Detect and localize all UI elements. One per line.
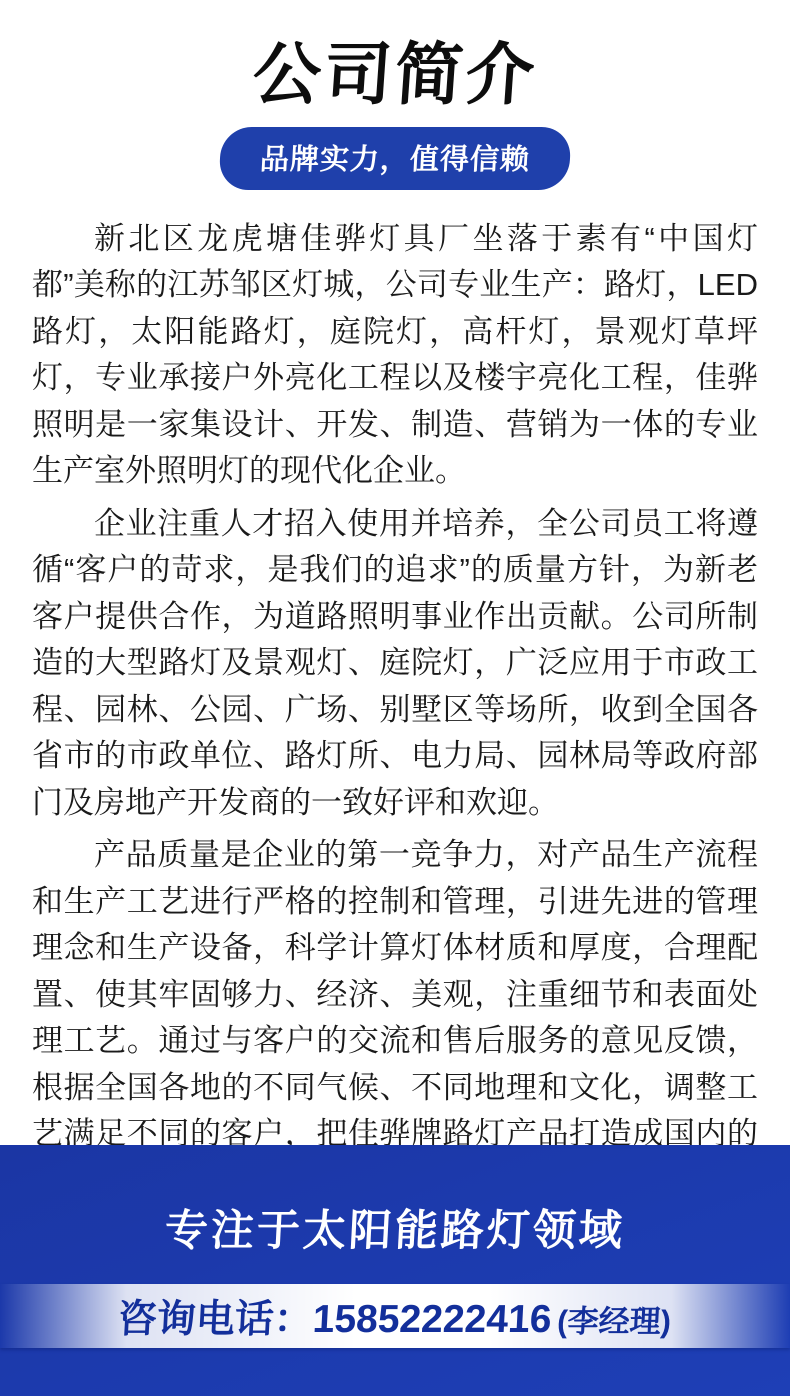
intro-paragraph-2: 企业注重人才招入使用并培养，全公司员工将遵循“客户的苛求，是我们的追求”的质量方…	[32, 501, 758, 827]
phone-contact-name: (李经理)	[557, 1304, 672, 1339]
footer-banner: 专注于太阳能路灯领域 咨询电话：15852222416(李经理)	[0, 1145, 790, 1396]
page-header: 公司简介 品牌实力，值得信赖	[0, 0, 790, 190]
brand-slogan-badge: 品牌实力，值得信赖	[218, 127, 571, 190]
phone-label: 咨询电话：	[117, 1298, 314, 1341]
footer-headline: 专注于太阳能路灯领域	[0, 1197, 790, 1258]
phone-number: 15852222416	[312, 1298, 553, 1341]
company-intro-text: 新北区龙虎塘佳骅灯具厂坐落于素有“中国灯都”美称的江苏邹区灯城，公司专业生产：路…	[32, 216, 758, 1205]
page-title: 公司简介	[0, 38, 790, 113]
intro-paragraph-1: 新北区龙虎塘佳骅灯具厂坐落于素有“中国灯都”美称的江苏邹区灯城，公司专业生产：路…	[32, 216, 758, 495]
company-intro-page: 公司简介 品牌实力，值得信赖 新北区龙虎塘佳骅灯具厂坐落于素有“中国灯都”美称的…	[0, 0, 790, 1396]
phone-band: 咨询电话：15852222416(李经理)	[0, 1284, 790, 1348]
phone-text: 咨询电话：15852222416(李经理)	[117, 1288, 673, 1344]
